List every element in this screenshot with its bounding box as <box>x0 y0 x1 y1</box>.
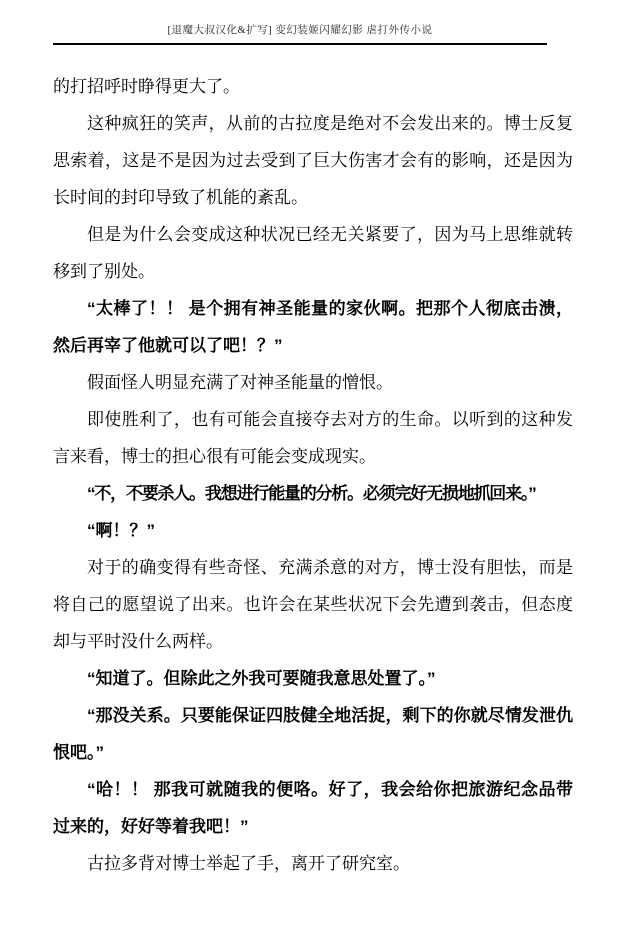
novel-dialogue-paragraph: “不，不要杀人。我想进行能量的分析。必须完好无损地抓回来。” <box>53 475 573 512</box>
novel-dialogue-paragraph: “哈！！ 那我可就随我的便咯。好了，我会给你把旅游纪念品带过来的，好好等着我吧！… <box>53 771 573 845</box>
novel-paragraph: 对于的确变得有些奇怪、充满杀意的对方，博士没有胆怯，而是将自己的愿望说了出来。也… <box>53 549 573 660</box>
novel-paragraph: 这种疯狂的笑声，从前的古拉度是绝对不会发出来的。博士反复思索着，这是不是因为过去… <box>53 105 573 216</box>
novel-paragraph: 但是为什么会变成这种状况已经无关紧要了，因为马上思维就转移到了别处。 <box>53 216 573 290</box>
novel-dialogue-paragraph: “那没关系。只要能保证四肢健全地活捉，剩下的你就尽情发泄仇恨吧。” <box>53 697 573 771</box>
novel-dialogue-paragraph: “啊！？” <box>53 512 573 549</box>
novel-paragraph: 古拉多背对博士举起了手，离开了研究室。 <box>53 845 573 882</box>
novel-dialogue-paragraph: “知道了。但除此之外我可要随我意思处置了。” <box>53 660 573 697</box>
novel-paragraph: 即使胜利了，也有可能会直接夺去对方的生命。以听到的这种发言来看，博士的担心很有可… <box>53 401 573 475</box>
novel-dialogue-paragraph: “太棒了！！ 是个拥有神圣能量的家伙啊。把那个人彻底击溃，然后再宰了他就可以了吧… <box>53 290 573 364</box>
page-header-title: [退魔大叔汉化&扩写] 变幻装姬闪耀幻影 虐打外传小说 <box>168 25 433 36</box>
document-page: [退魔大叔汉化&扩写] 变幻装姬闪耀幻影 虐打外传小说 的打招呼时睁得更大了。 … <box>0 0 626 939</box>
page-body: 的打招呼时睁得更大了。 这种疯狂的笑声，从前的古拉度是绝对不会发出来的。博士反复… <box>53 68 573 882</box>
page-header: [退魔大叔汉化&扩写] 变幻装姬闪耀幻影 虐打外传小说 <box>53 22 547 45</box>
novel-paragraph: 假面怪人明显充满了对神圣能量的憎恨。 <box>53 364 573 401</box>
novel-paragraph: 的打招呼时睁得更大了。 <box>53 68 573 105</box>
